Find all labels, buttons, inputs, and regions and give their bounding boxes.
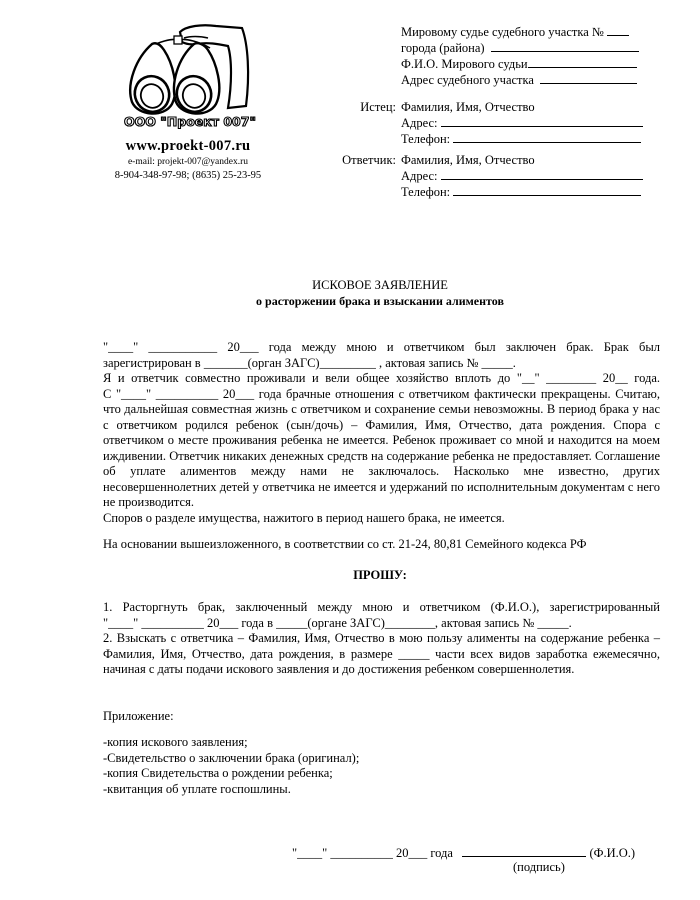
city-field[interactable]: [491, 40, 639, 52]
addressee-line-address: Адрес судебного участка: [401, 72, 639, 88]
signature-line: "____" __________ 20___ года (Ф.И.О.): [292, 845, 635, 861]
plaintiff-name: Фамилия, Имя, Отчество: [401, 100, 643, 115]
plaintiff-address-field[interactable]: [441, 115, 643, 127]
paragraph-marriage-date: "____" ___________ 20___ года между мною…: [103, 340, 660, 356]
court-address-field[interactable]: [540, 72, 637, 84]
defendant-label: Ответчик:: [306, 153, 396, 168]
signature-field[interactable]: [462, 845, 586, 857]
paragraph-cohabitation: Я и ответчик совместно проживали и вели …: [103, 371, 660, 387]
defendant-block: Фамилия, Имя, Отчество Адрес: Телефон:: [401, 153, 643, 200]
paragraph-registration: зарегистрирован в _______(орган ЗАГС)___…: [103, 356, 660, 372]
company-email: e-mail: projekt-007@yandex.ru: [88, 157, 288, 167]
request-heading: ПРОШУ:: [0, 568, 700, 583]
court-number-field[interactable]: [607, 24, 629, 36]
defendant-name: Фамилия, Имя, Отчество: [401, 153, 643, 168]
document-title: ИСКОВОЕ ЗАЯВЛЕНИЕ: [0, 278, 700, 293]
signature-caption: (подпись): [513, 860, 565, 875]
request-item-1: 1. Расторгнуть брак, заключенный между м…: [103, 600, 660, 616]
attachment-item: -копия искового заявления;: [103, 735, 660, 751]
request-item-1-details: "____" __________ 20___ года в _____(орг…: [103, 616, 660, 632]
plaintiff-phone-field[interactable]: [453, 131, 641, 143]
company-website: www.proekt-007.ru: [88, 138, 288, 155]
addressee-line-city: города (района): [401, 40, 639, 56]
attachments-list: -копия искового заявления; -Свидетельств…: [103, 735, 660, 797]
document-subtitle: о расторжении брака и взыскании алименто…: [0, 294, 700, 309]
attachment-item: -копия Свидетельства о рождении ребенка;: [103, 766, 660, 782]
legal-basis: На основании вышеизложенного, в соответс…: [103, 537, 660, 553]
logo-hand-glasses-icon: ООО "Проект 007": [124, 14, 256, 132]
judge-name-field[interactable]: [528, 56, 637, 68]
defendant-address-field[interactable]: [441, 168, 643, 180]
attachments-heading: Приложение:: [103, 709, 660, 725]
paragraph-property: Споров о разделе имущества, нажитого в п…: [103, 511, 660, 527]
paragraph-circumstances: С "____" __________ 20___ года брачные о…: [103, 387, 660, 511]
attachment-item: -квитанция об уплате госпошлины.: [103, 782, 660, 798]
attachment-item: -Свидетельство о заключении брака (ориги…: [103, 751, 660, 767]
request-items: 1. Расторгнуть брак, заключенный между м…: [103, 600, 660, 678]
svg-text:ООО "Проект 007": ООО "Проект 007": [124, 114, 256, 129]
signature-fio: (Ф.И.О.): [589, 846, 635, 860]
signature-date: "____" __________ 20___ года: [292, 846, 453, 860]
request-item-2: 2. Взыскать с ответчика – Фамилия, Имя, …: [103, 631, 660, 678]
addressee-block: Мировому судье судебного участка № город…: [401, 24, 639, 88]
addressee-line-judge: Ф.И.О. Мирового судьи: [401, 56, 639, 72]
plaintiff-label: Истец:: [306, 100, 396, 115]
company-phones: 8-904-348-97-98; (8635) 25-23-95: [88, 170, 288, 181]
defendant-phone-field[interactable]: [453, 184, 641, 196]
claim-body: "____" ___________ 20___ года между мною…: [103, 340, 660, 526]
plaintiff-block: Фамилия, Имя, Отчество Адрес: Телефон:: [401, 100, 643, 147]
company-logo: ООО "Проект 007": [124, 14, 256, 132]
addressee-line-court: Мировому судье судебного участка №: [401, 24, 639, 40]
